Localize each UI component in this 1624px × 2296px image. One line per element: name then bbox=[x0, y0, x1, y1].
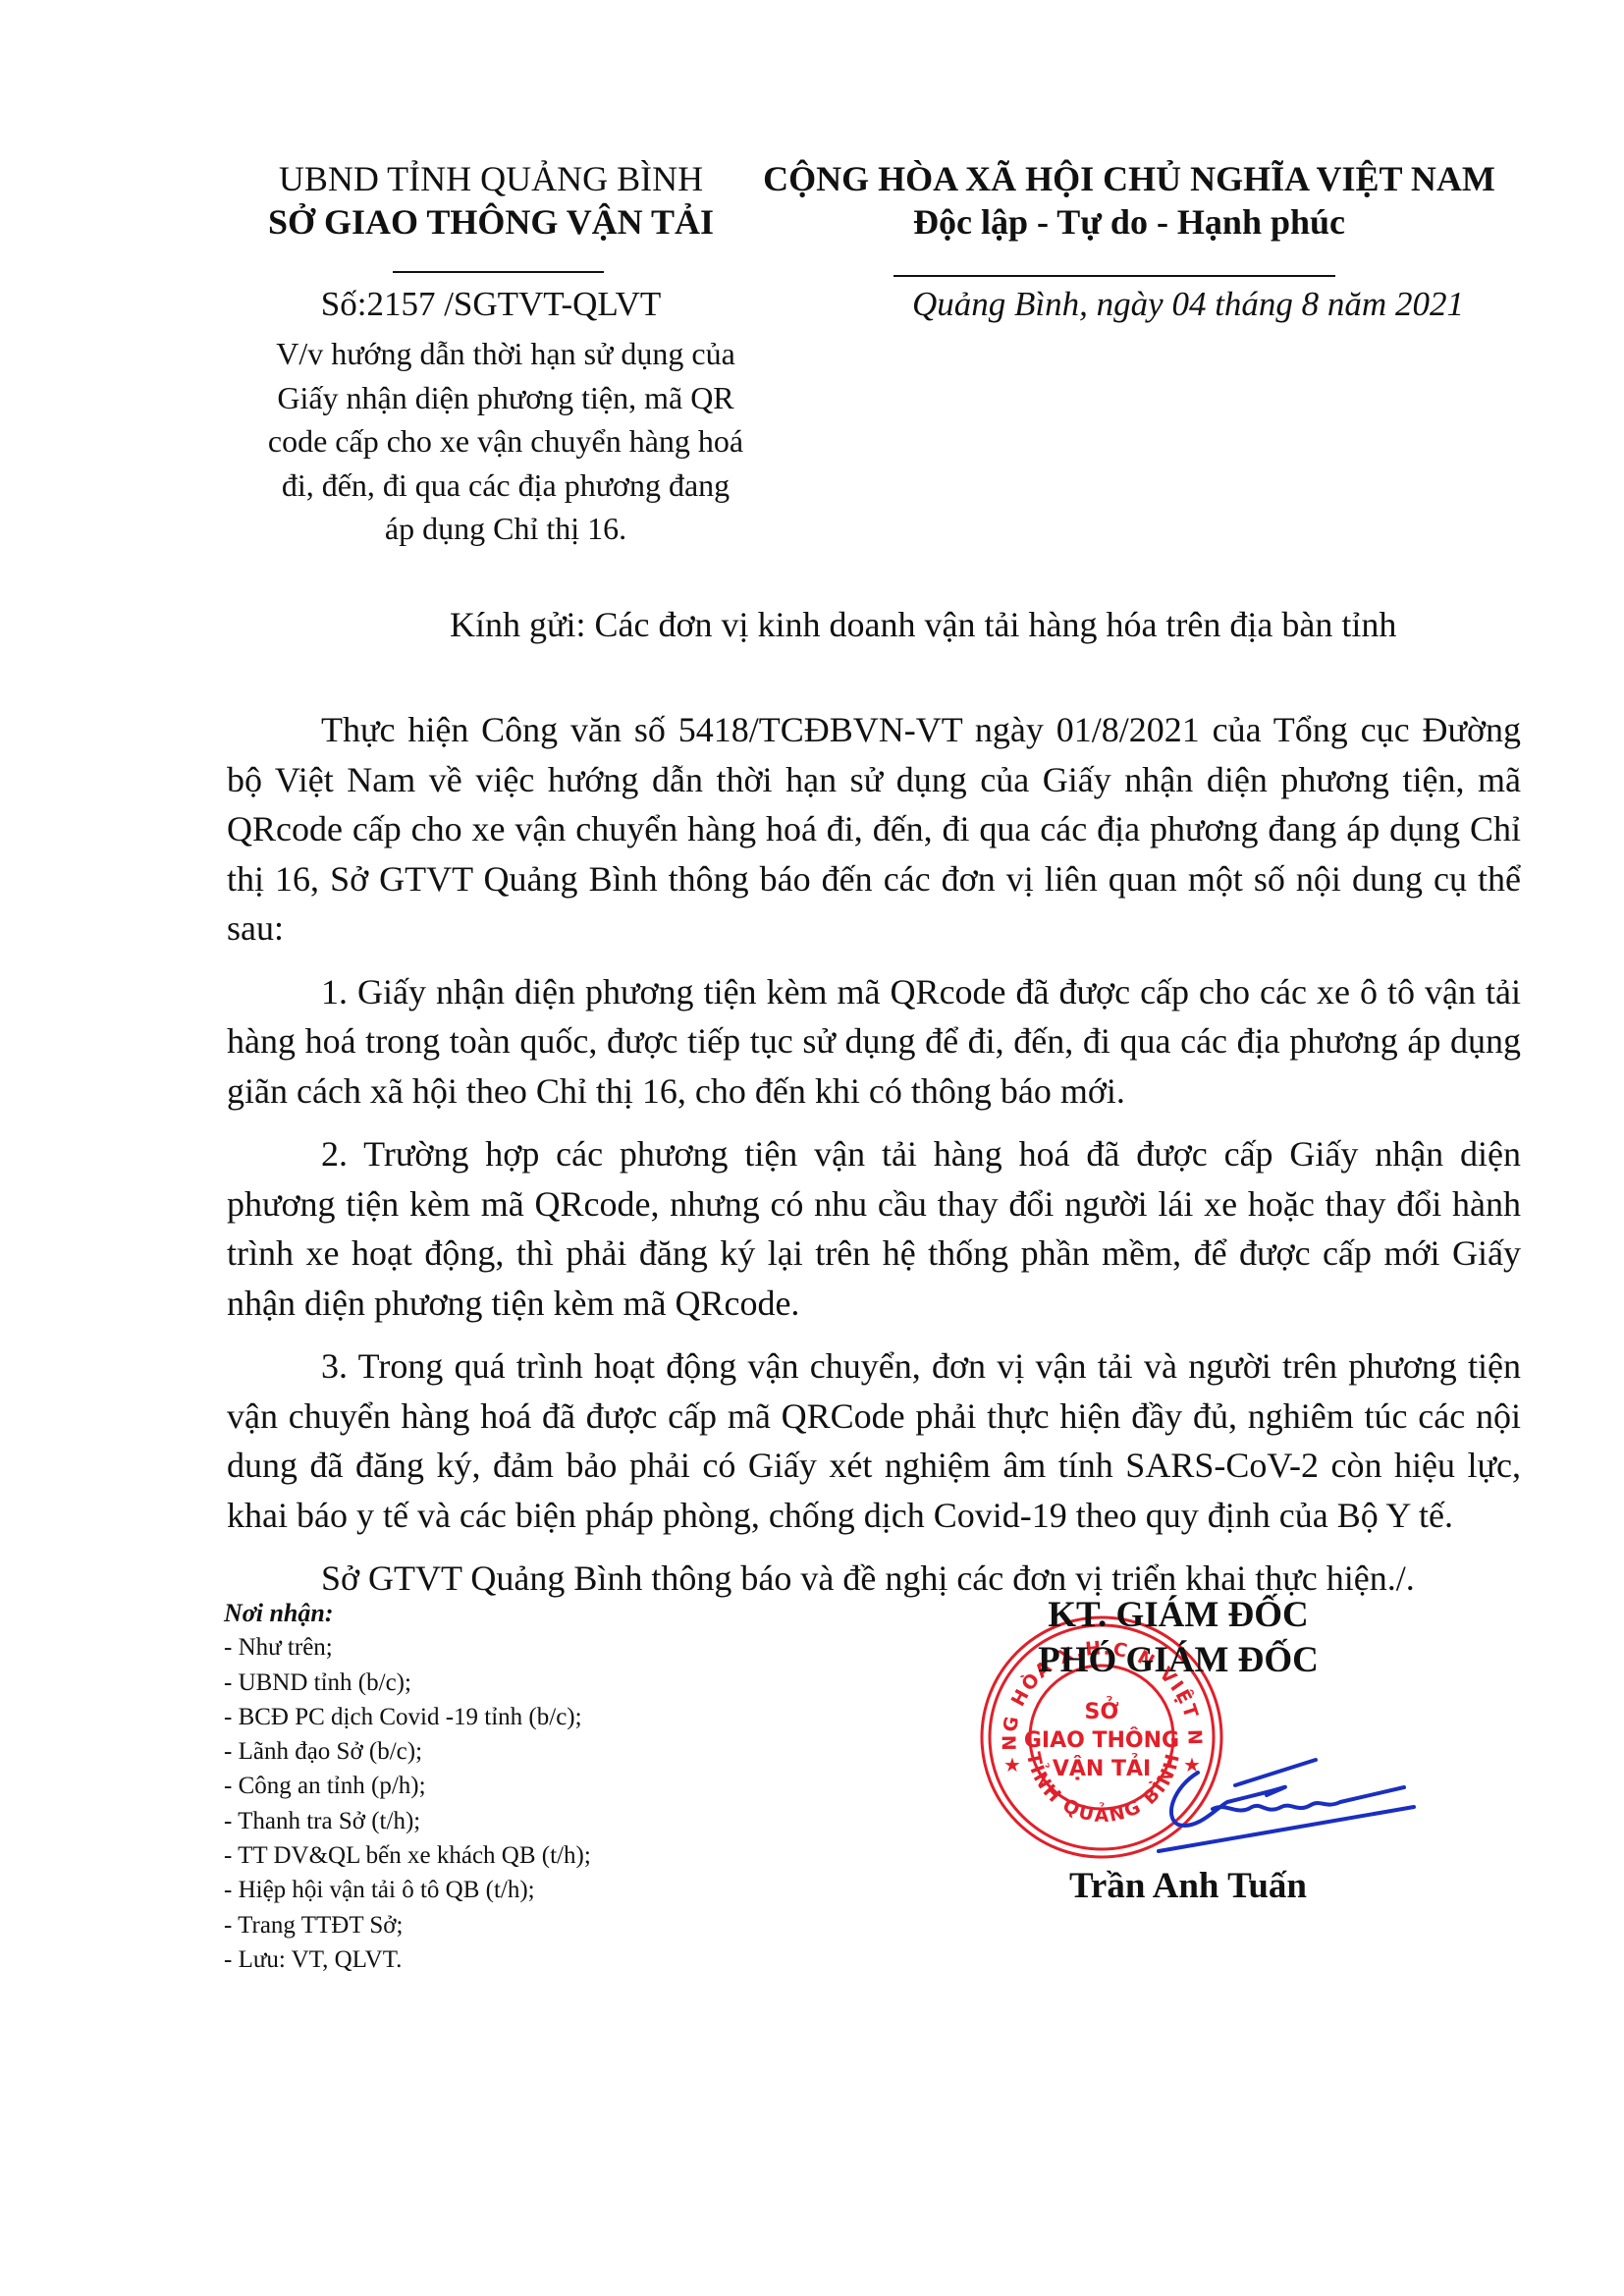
intro-paragraph: Thực hiện Công văn số 5418/TCĐBVN-VT ngà… bbox=[227, 705, 1521, 954]
recipients-title: Nơi nhận: bbox=[224, 1596, 591, 1630]
signer-title-line1: KT. GIÁM ĐỐC bbox=[1021, 1593, 1335, 1638]
agency-name: SỞ GIAO THÔNG VẬN TẢI bbox=[236, 200, 746, 244]
subject-line: code cấp cho xe vận chuyển hàng hoá bbox=[250, 419, 761, 464]
national-header-block: CỘNG HÒA XÃ HỘI CHỦ NGHĨA VIỆT NAM Độc l… bbox=[746, 157, 1512, 244]
handwritten-signature-icon bbox=[1119, 1748, 1434, 1856]
national-motto: Độc lập - Tự do - Hạnh phúc bbox=[746, 200, 1512, 244]
national-title: CỘNG HÒA XÃ HỘI CHỦ NGHĨA VIỆT NAM bbox=[746, 157, 1512, 200]
parent-agency: UBND TỈNH QUẢNG BÌNH bbox=[236, 157, 746, 200]
recipient-item: - Lãnh đạo Sở (b/c); bbox=[224, 1734, 591, 1769]
document-body: Thực hiện Công văn số 5418/TCĐBVN-VT ngà… bbox=[227, 705, 1521, 1617]
recipient-item: - Trang TTĐT Sở; bbox=[224, 1908, 591, 1942]
svg-text:★: ★ bbox=[1003, 1753, 1021, 1777]
subject-line: V/v hướng dẫn thời hạn sử dụng của bbox=[250, 332, 761, 376]
recipient-item: - Lưu: VT, QLVT. bbox=[224, 1942, 591, 1977]
recipient-item: - UBND tỉnh (b/c); bbox=[224, 1666, 591, 1700]
item-paragraph: 3. Trong quá trình hoạt động vận chuyển,… bbox=[227, 1341, 1521, 1540]
recipient-item: - Như trên; bbox=[224, 1630, 591, 1665]
subject-line: đi, đến, đi qua các địa phương đang bbox=[250, 464, 761, 508]
recipient-item: - Hiệp hội vận tải ô tô QB (t/h); bbox=[224, 1873, 591, 1907]
recipient-item: - BCĐ PC dịch Covid -19 tỉnh (b/c); bbox=[224, 1700, 591, 1734]
place-date: Quảng Bình, ngày 04 tháng 8 năm 2021 bbox=[884, 283, 1492, 326]
subject-line: áp dụng Chỉ thị 16. bbox=[250, 507, 761, 551]
agency-underline bbox=[393, 271, 604, 273]
document-number: Số:2157 /SGTVT-QLVT bbox=[236, 283, 746, 326]
issuing-agency-block: UBND TỈNH QUẢNG BÌNH SỞ GIAO THÔNG VẬN T… bbox=[236, 157, 746, 244]
recipient-item: - Thanh tra Sở (t/h); bbox=[224, 1804, 591, 1838]
signer-title-line2: PHÓ GIÁM ĐỐC bbox=[1021, 1638, 1335, 1683]
svg-text:SỞ: SỞ bbox=[1084, 1697, 1118, 1724]
item-paragraph: 1. Giấy nhận diện phương tiện kèm mã QRc… bbox=[227, 967, 1521, 1117]
document-subject: V/v hướng dẫn thời hạn sử dụng của Giấy … bbox=[250, 332, 761, 551]
motto-underline bbox=[893, 275, 1335, 277]
recipients-list: Nơi nhận: - Như trên; - UBND tỉnh (b/c);… bbox=[224, 1596, 591, 1977]
signature-block: KT. GIÁM ĐỐC PHÓ GIÁM ĐỐC bbox=[1021, 1593, 1335, 1683]
recipient-item: - Công an tỉnh (p/h); bbox=[224, 1769, 591, 1803]
subject-line: Giấy nhận diện phương tiện, mã QR bbox=[250, 376, 761, 420]
signer-name: Trần Anh Tuấn bbox=[1041, 1864, 1335, 1909]
item-paragraph: 2. Trường hợp các phương tiện vận tải hà… bbox=[227, 1129, 1521, 1328]
addressee-line: Kính gửi: Các đơn vị kinh doanh vận tải … bbox=[450, 601, 1396, 648]
recipient-item: - TT DV&QL bến xe khách QB (t/h); bbox=[224, 1838, 591, 1873]
